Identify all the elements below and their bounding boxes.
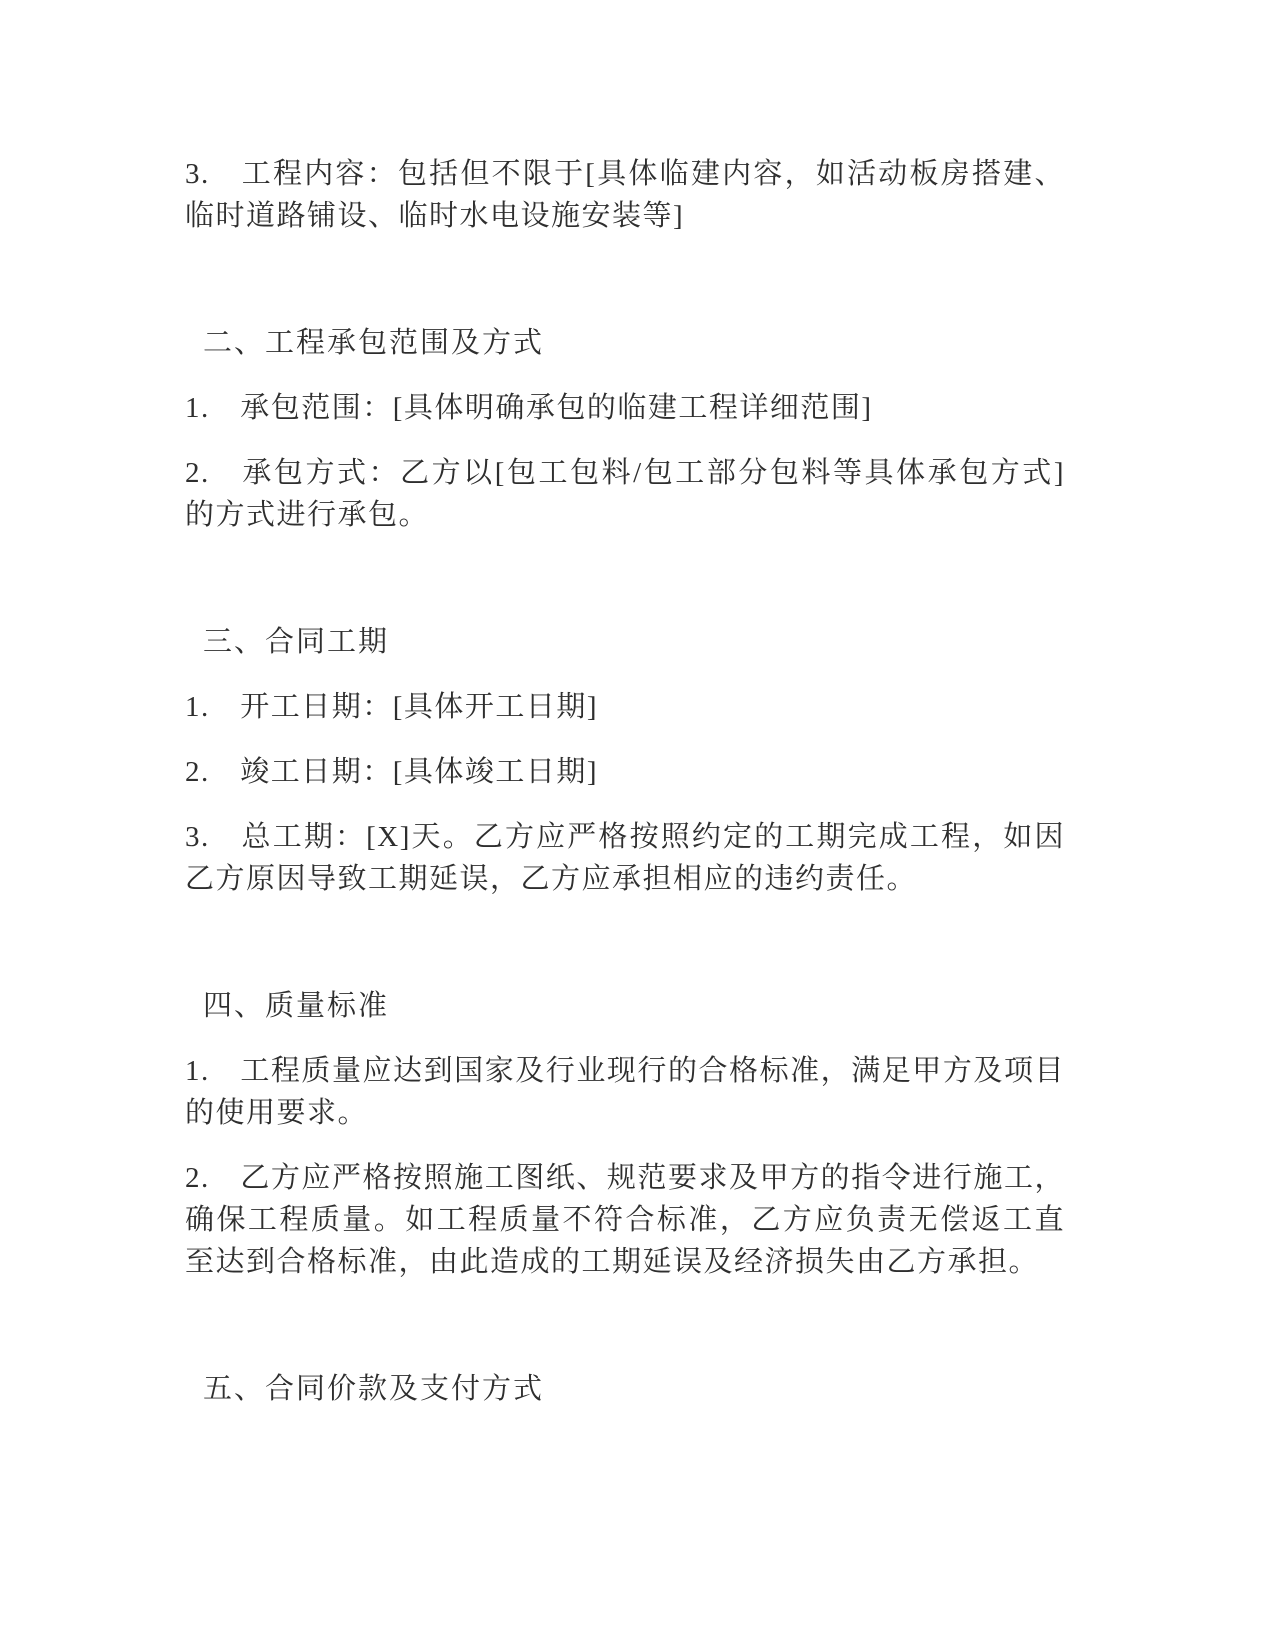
contract-paragraph: 2. 承包方式：乙方以[包工包料/包工部分包料等具体承包方式]的方式进行承包。	[185, 452, 1065, 536]
contract-paragraph: 3. 总工期：[X]天。乙方应严格按照约定的工期完成工程，如因乙方原因导致工期延…	[185, 816, 1065, 900]
contract-paragraph: 1. 工程质量应达到国家及行业现行的合格标准，满足甲方及项目的使用要求。	[185, 1050, 1065, 1134]
section-heading: 四、质量标准	[185, 923, 1065, 1027]
contract-paragraph: 2. 乙方应严格按照施工图纸、规范要求及甲方的指令进行施工，确保工程质量。如工程…	[185, 1157, 1065, 1283]
contract-page: 3. 工程内容：包括但不限于[具体临建内容，如活动板房搭建、临时道路铺设、临时水…	[0, 0, 1275, 1650]
section-heading: 三、合同工期	[185, 559, 1065, 663]
section-heading: 二、工程承包范围及方式	[185, 260, 1065, 364]
section-heading: 五、合同价款及支付方式	[185, 1306, 1065, 1410]
contract-paragraph: 1. 开工日期：[具体开工日期]	[185, 686, 1065, 728]
contract-paragraph: 2. 竣工日期：[具体竣工日期]	[185, 751, 1065, 793]
contract-paragraph: 1. 承包范围：[具体明确承包的临建工程详细范围]	[185, 387, 1065, 429]
contract-text-body: 3. 工程内容：包括但不限于[具体临建内容，如活动板房搭建、临时道路铺设、临时水…	[185, 153, 1065, 1433]
contract-paragraph: 3. 工程内容：包括但不限于[具体临建内容，如活动板房搭建、临时道路铺设、临时水…	[185, 153, 1065, 237]
